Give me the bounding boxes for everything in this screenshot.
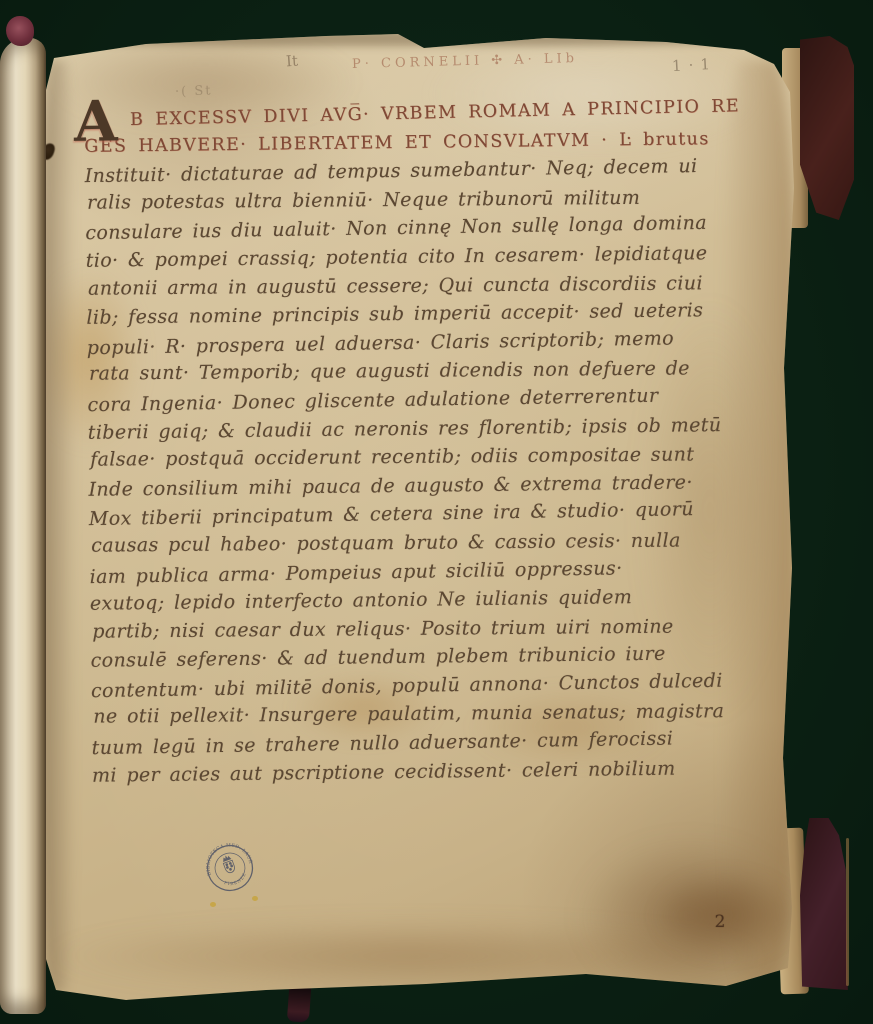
margin-scribble: ·( St bbox=[175, 83, 213, 99]
stamp-crest-icon bbox=[221, 855, 236, 874]
book-cover-top-right bbox=[800, 36, 854, 220]
manuscript-page: P· CORNELII ✣ A· LIb It ·( St 1·1 A B EX… bbox=[26, 28, 798, 1008]
top-edge-shading bbox=[30, 30, 762, 46]
margin-mark: It bbox=[285, 52, 298, 71]
text-line: falsae· postquā occiderunt recentib; odi… bbox=[90, 440, 710, 474]
binding-tab-top bbox=[6, 16, 34, 46]
page-number: 2 bbox=[700, 912, 740, 932]
corner-shading bbox=[580, 840, 798, 992]
yellow-speck bbox=[252, 896, 258, 901]
text-block: A B EXCESSV DIVI AVG̅· VRBEM ROMAM A PRI… bbox=[84, 96, 712, 790]
book-cover-edge-highlight bbox=[846, 838, 849, 986]
right-edge-shading bbox=[720, 60, 796, 982]
corner-foliation-mark: 1·1 bbox=[672, 55, 718, 75]
bottom-edge-shading bbox=[45, 920, 769, 992]
stamp-text-bottom: FIRENZE bbox=[221, 871, 250, 890]
book-cover-bottom-right bbox=[800, 818, 852, 990]
text-line: antonii arma in augustū cessere; Qui cun… bbox=[88, 269, 708, 303]
library-stamp-icon: BIBLIOTECA MED. LAUR. FIRENZE bbox=[194, 832, 266, 904]
manuscript-photograph: P· CORNELII ✣ A· LIb It ·( St 1·1 A B EX… bbox=[0, 0, 873, 1024]
book-spine-rolled-edge bbox=[0, 38, 46, 1014]
header-inscription: P· CORNELII ✣ A· LIb bbox=[352, 51, 578, 72]
text-line: partib; nisi caesar dux reliqus· Posito … bbox=[92, 612, 712, 646]
svg-text:FIRENZE: FIRENZE bbox=[221, 871, 250, 890]
binding-tab-bottom bbox=[287, 987, 311, 1022]
